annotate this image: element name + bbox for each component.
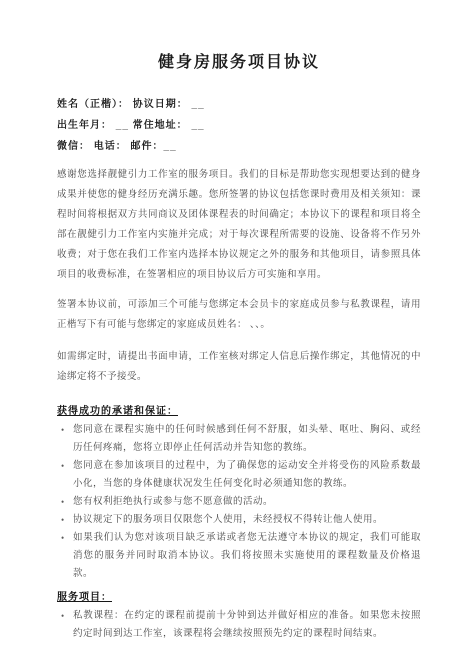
paragraph-family-members: 签署本协议前，可添加三个可能与您绑定本会员卡的家庭成员参与私教课程，请用正楷写下… [57, 295, 421, 335]
member-info-birth-address-line: 出生年月： __ 常住地址： __ [57, 115, 421, 136]
commitment-item-health-change: 您同意在参加该项目的过程中，为了确保您的运动安全并将受伤的风险系数最小化，当您的… [61, 457, 421, 493]
commitment-item-refusal-right: 您有权利拒绝执行或参与您不愿意做的活动。 [61, 493, 421, 511]
member-info-block: 姓名（正楷）： 协议日期： __ 出生年月： __ 常住地址： __ 微信： 电… [57, 94, 421, 157]
document-title: 健身房服务项目协议 [57, 0, 421, 74]
document-page: 健身房服务项目协议 姓名（正楷）： 协议日期： __ 出生年月： __ 常住地址… [0, 0, 463, 655]
page-number: - 1 - [0, 610, 463, 619]
commitment-item-cancellation: 如果我们认为您对该项目缺乏承诺或者您无法遵守本协议的规定，我们可能取消您的服务并… [61, 529, 421, 583]
commitment-item-discomfort: 您同意在课程实施中的任何时候感到任何不舒服，如头晕、呕吐、胸闷、或经历任何疼痛，… [61, 421, 421, 457]
commitment-item-personal-use: 协议规定下的服务项目仅限您个人使用，未经授权不得转让他人使用。 [61, 511, 421, 529]
intro-paragraph-welcome: 感谢您选择靓健引力工作室的服务项目。我们的目标是帮助您实现想要达到的健身成果并使… [57, 165, 421, 285]
paragraph-binding-request: 如需绑定时，请提出书面申请，工作室核对绑定人信息后操作绑定，其他情况的中途绑定将… [57, 347, 421, 387]
commitments-list: 您同意在课程实施中的任何时候感到任何不舒服，如头晕、呕吐、胸闷、或经历任何疼痛，… [57, 421, 421, 583]
member-info-name-date-line: 姓名（正楷）： 协议日期： __ [57, 94, 421, 115]
member-info-contact-line: 微信： 电话： 邮件：__ [57, 136, 421, 157]
section-heading-services: 服务项目： [57, 591, 421, 605]
section-heading-commitments: 获得成功的承诺和保证： [57, 405, 421, 419]
